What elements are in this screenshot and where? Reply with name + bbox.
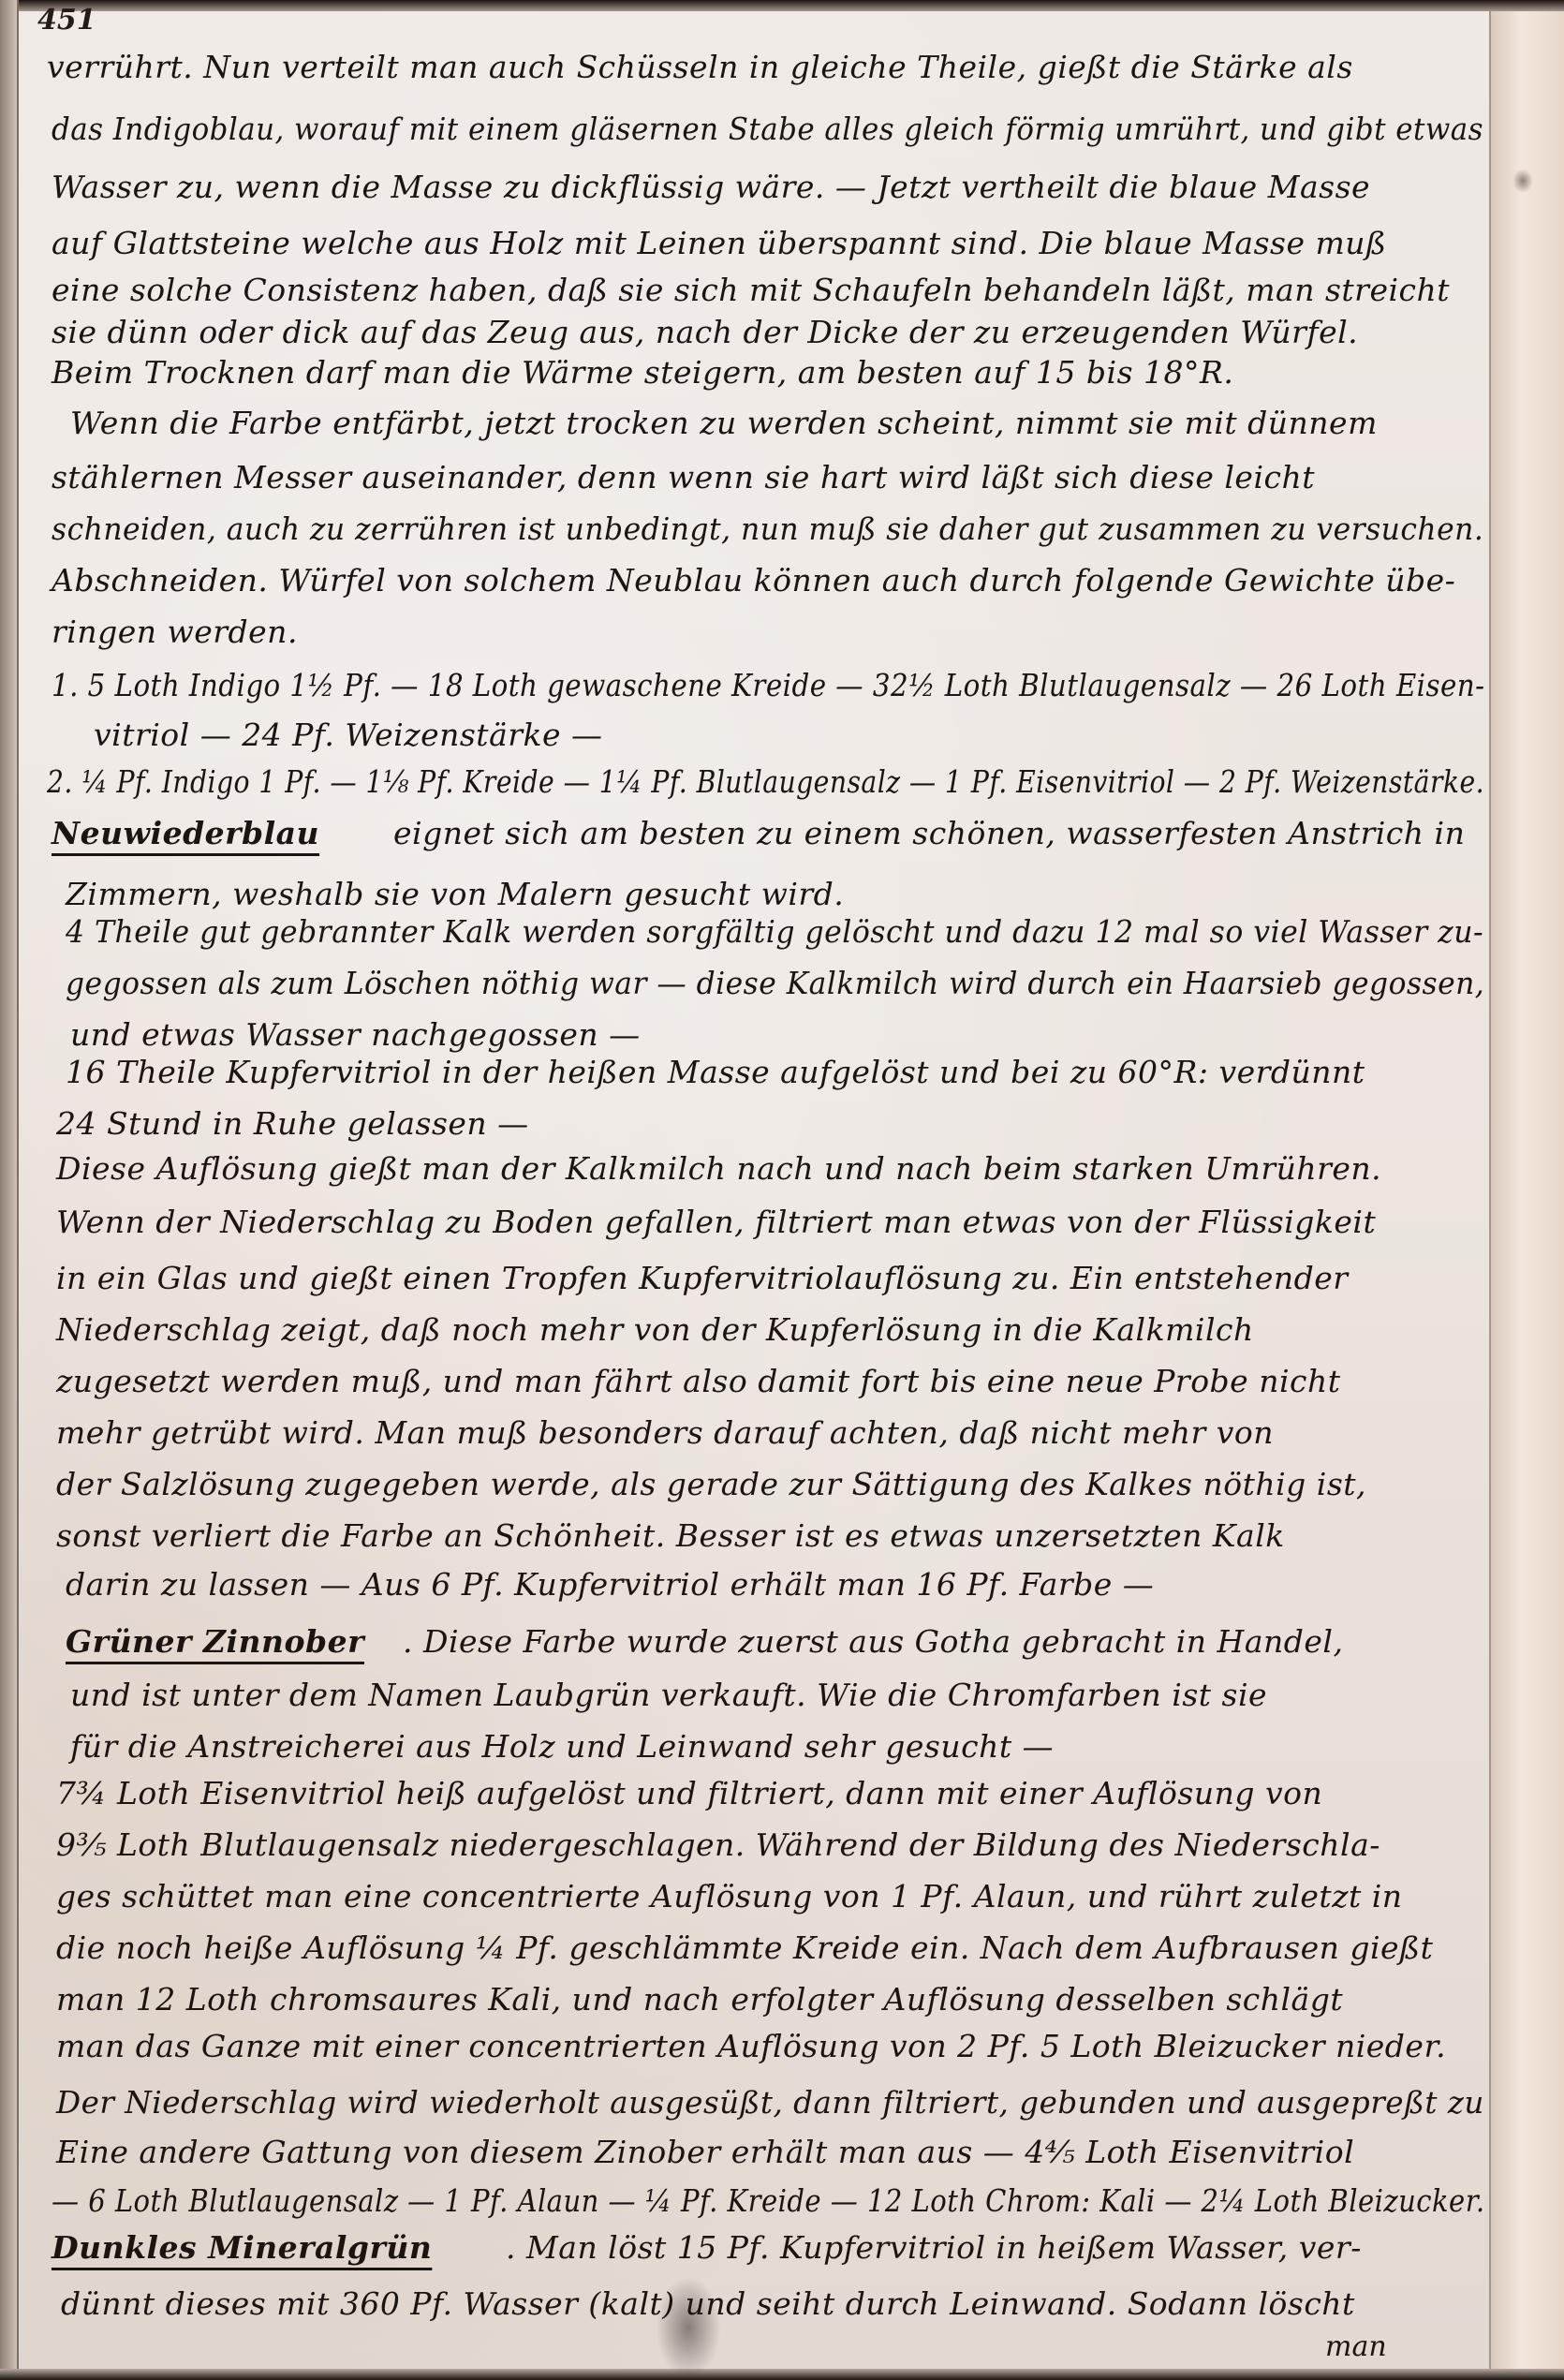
text-line: Beim Trocknen darf man die Wärme steiger… [52,354,1233,391]
text-line: Abschneiden. Würfel von solchem Neublau … [52,562,1455,599]
recipe-1: 1. 5 Loth Indigo 1½ Pf. — 18 Loth gewasc… [52,667,1485,703]
text-line: verrührt. Nun verteilt man auch Schüssel… [47,49,1470,85]
recipe-2: 2. ¼ Pf. Indigo 1 Pf. — 1⅛ Pf. Kreide — … [47,763,1484,800]
text-line: . Man löst 15 Pf. Kupfervitriol in heiße… [506,2229,1362,2266]
text-line: Wenn die Farbe entfärbt, jetzt trocken z… [70,405,1378,441]
text-line: 7¾ Loth Eisenvitriol heiß aufgelöst und … [56,1775,1322,1811]
text-line: schneiden, auch zu zerrühren ist unbedin… [52,510,1483,547]
page-number: 451 [37,4,96,37]
section-heading-neuwiederblau: Neuwiederblau [52,815,319,851]
text-line: eignet sich am besten zu einem schönen, … [393,815,1465,851]
catchword: man [1325,2330,1387,2363]
text-line: gegossen als zum Löschen nöthig war — di… [66,965,1484,1001]
text-line: und etwas Wasser nachgegossen — [70,1016,641,1053]
text-line: die noch heiße Auflösung ¼ Pf. geschlämm… [56,1929,1433,1966]
text-line: auf Glattsteine welche aus Holz mit Lein… [52,225,1387,261]
fore-edge [1489,11,1564,2369]
text-line: 24 Stund in Ruhe gelassen — [56,1105,529,1142]
text-line: Wasser zu, wenn die Masse zu dickflüssig… [52,169,1370,205]
manuscript-page: 451 verrührt. Nun verteilt man auch Schü… [0,0,1564,2380]
text-line: sonst verliert die Farbe an Schönheit. B… [56,1517,1285,1554]
recipe-1-continuation: vitriol — 24 Pf. Weizenstärke — [94,717,603,753]
text-line: der Salzlösung zugegeben werde, als gera… [56,1466,1366,1502]
bottom-edge-shadow [0,2369,1564,2380]
text-line: Zimmern, weshalb sie von Malern gesucht … [66,876,844,912]
binding-edge [0,0,19,2380]
text-line: man das Ganze mit einer concentrierten A… [56,2028,1446,2064]
text-line: ringen werden. [52,613,298,650]
section-heading-dunkles-mineralgruen: Dunkles Mineralgrün [52,2229,432,2266]
text-line: darin zu lassen — Aus 6 Pf. Kupfervitrio… [66,1566,1154,1603]
ink-blot-edge [1512,169,1533,193]
text-line: 16 Theile Kupfervitriol in der heißen Ma… [66,1054,1365,1090]
text-line: stählernen Messer auseinander, denn wenn… [52,459,1315,495]
text-line: Diese Auflösung gießt man der Kalkmilch … [56,1150,1381,1187]
text-line: 9⅗ Loth Blutlaugensalz niedergeschlagen.… [56,1826,1380,1863]
text-line: Der Niederschlag wird wiederholt ausgesü… [56,2084,1484,2121]
section-heading-gruener-zinnober: Grüner Zinnober [66,1623,364,1660]
text-line: Eine andere Gattung von diesem Zinober e… [56,2134,1354,2170]
text-line: mehr getrübt wird. Man muß besonders dar… [56,1414,1274,1451]
text-line: in ein Glas und gießt einen Tropfen Kupf… [56,1260,1349,1296]
text-line: dünnt dieses mit 360 Pf. Wasser (kalt) u… [61,2285,1355,2322]
text-line: 4 Theile gut gebrannter Kalk werden sorg… [66,913,1483,950]
text-line: eine solche Consistenz haben, daß sie si… [52,272,1450,308]
text-line: . Diese Farbe wurde zuerst aus Gotha geb… [403,1623,1343,1660]
text-line: sie dünn oder dick auf das Zeug aus, nac… [52,314,1358,350]
text-line: zugesetzt werden muß, und man fährt also… [56,1363,1341,1399]
text-line: und ist unter dem Namen Laubgrün verkauf… [70,1677,1267,1713]
text-line: Niederschlag zeigt, daß noch mehr von de… [56,1311,1254,1348]
text-line: für die Anstreicherei aus Holz und Leinw… [70,1728,1054,1765]
text-line: man 12 Loth chromsaures Kali, und nach e… [56,1981,1343,2018]
text-line: — 6 Loth Blutlaugensalz — 1 Pf. Alaun — … [52,2182,1485,2219]
text-line: ges schüttet man eine concentrierte Aufl… [56,1878,1403,1914]
text-line: das Indigoblau, worauf mit einem gläsern… [52,111,1483,147]
text-line: Wenn der Niederschlag zu Boden gefallen,… [56,1204,1376,1240]
